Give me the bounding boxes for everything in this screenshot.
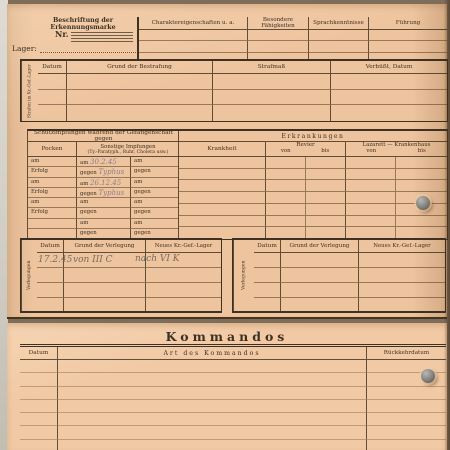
table-cell: [58, 400, 367, 413]
table-cell: [359, 298, 445, 311]
impf-cell: gegen: [77, 208, 131, 218]
table-cell: [331, 74, 447, 90]
erkrankungen-table: Erkrankungen Krankheit Revier vonbis Laz…: [178, 129, 448, 240]
table-cell: [367, 360, 446, 373]
table-cell: [67, 105, 213, 121]
table-cell: [20, 426, 58, 439]
table-cell: [369, 41, 447, 53]
verl-col-neu: Neues Kr.-Gef.-Lager: [146, 240, 221, 253]
strafen-col-grund: Grund der Bestrafung: [67, 61, 213, 74]
erkr-col-krankheit: Krankheit: [179, 142, 266, 157]
table-cell: [266, 169, 306, 181]
table-cell: [367, 413, 446, 426]
pocken-row-label: Erfolg: [28, 208, 77, 218]
table-cell: [331, 90, 447, 106]
von-label: von: [266, 148, 306, 154]
table-cell: [20, 413, 58, 426]
table-cell: [179, 192, 266, 204]
impfungen-col-pocken: Pocken: [28, 142, 77, 157]
komm-col-datum: Datum: [20, 347, 58, 360]
table-cell: [281, 298, 359, 311]
table-cell: [359, 283, 445, 298]
table-cell: [20, 440, 58, 450]
traits-col-header: Führung: [369, 17, 447, 30]
strafen-col-verbuesst: Verbüßt, Datum: [331, 61, 447, 74]
impf-cell: am 30.2.45: [77, 157, 131, 167]
verl-col-datum: Datum: [254, 240, 281, 253]
impf-cell: am: [77, 198, 131, 208]
table-cell: [254, 253, 281, 268]
bis-label: bis: [397, 148, 448, 154]
table-cell: [248, 30, 309, 41]
impfungen-title: Schutzimpfungen während der Gefangenscha…: [28, 131, 179, 142]
table-cell: [306, 204, 346, 216]
sonstige-sublabel: (Ty.-Paratyph., Ruhr, Cholera usw.): [88, 150, 169, 155]
impf-cell: am: [131, 157, 179, 167]
kommandos-table: Datum Art des Kommandos Rückkehrdatum: [20, 344, 446, 450]
table-cell: [146, 268, 221, 283]
table-cell: [309, 41, 369, 53]
table-cell: [306, 216, 346, 228]
table-cell: [359, 253, 445, 268]
card-front-sheet: Beschriftung der Erkennungsmarke Nr. Lag…: [7, 4, 447, 319]
pocken-row-label: [28, 219, 77, 229]
table-cell: [179, 204, 266, 216]
table-cell: [281, 268, 359, 283]
table-cell: [38, 74, 67, 90]
impf-cell: am 26.12.45: [77, 178, 131, 188]
table-cell: [58, 373, 367, 386]
strafen-side-label: Strafen im Kr.-Gef.-Lager: [21, 61, 38, 121]
table-cell: [64, 268, 146, 283]
nr-fill-lines: [71, 32, 133, 43]
table-cell: [346, 192, 396, 204]
table-cell: [266, 180, 306, 192]
impf-cell: am: [131, 178, 179, 188]
verl-col-datum: Datum: [37, 240, 64, 253]
handwritten-word: Typhus: [98, 189, 124, 197]
strafen-col-strafmass: Strafmaß: [213, 61, 331, 74]
handwritten-transfer-to: nach VI K: [135, 254, 180, 264]
table-cell: [367, 400, 446, 413]
table-cell: [367, 426, 446, 439]
table-cell: [266, 216, 306, 228]
table-cell: [139, 41, 248, 53]
printed-label: gegen: [80, 191, 97, 197]
table-cell: [38, 105, 67, 121]
verlegungen-table-right: Verlegungen Datum Grund der Verlegung Ne…: [232, 238, 446, 313]
von-label: von: [346, 148, 397, 154]
table-cell: [67, 90, 213, 106]
table-cell: [369, 30, 447, 41]
erkr-col-lazarett: Lazarett — Krankenhaus vonbis: [346, 142, 447, 157]
table-cell: [346, 216, 396, 228]
traits-table: Charaktereigenschaften u. a. Besondere F…: [137, 17, 447, 60]
table-cell: [254, 268, 281, 283]
table-cell: [306, 180, 346, 192]
handwritten-date: 30.2.45: [90, 158, 117, 166]
table-cell: [306, 157, 346, 169]
table-cell: [37, 298, 64, 311]
handwritten-transfer-date: 17.2.45: [38, 255, 72, 265]
traits-col-header: Sprachkenntnisse: [309, 17, 369, 30]
table-cell: [20, 400, 58, 413]
table-cell: [58, 413, 367, 426]
background-right-shadow: [444, 0, 450, 450]
komm-col-rueckkehr: Rückkehrdatum: [367, 347, 446, 360]
pocken-row-label: Erfolg: [28, 188, 77, 198]
impf-cell: am: [77, 219, 131, 229]
printed-label: gegen: [80, 170, 97, 176]
table-cell: [346, 204, 396, 216]
pocken-row-label: am: [28, 198, 77, 208]
printed-label: am: [80, 160, 88, 166]
impf-cell: gegen Typhus: [77, 167, 131, 177]
table-cell: [37, 283, 64, 298]
table-cell: [396, 169, 447, 181]
table-cell: [179, 157, 266, 169]
komm-col-art: Art des Kommandos: [58, 347, 367, 360]
table-cell: [346, 180, 396, 192]
handwritten-transfer-from: von III C: [73, 255, 113, 265]
erkr-col-revier: Revier vonbis: [266, 142, 346, 157]
verl-col-grund: Grund der Verlegung: [64, 240, 146, 253]
table-cell: [146, 283, 221, 298]
handwritten-date: 26.12.45: [90, 179, 121, 187]
lager-dotted-line: [40, 44, 138, 53]
table-cell: [281, 253, 359, 268]
impf-cell: gegen: [131, 188, 179, 198]
table-cell: [309, 30, 369, 41]
printed-label: am: [80, 181, 88, 187]
table-cell: [179, 169, 266, 181]
kommandos-sheet: Kommandos Datum Art des Kommandos Rückke…: [7, 323, 447, 450]
table-cell: [266, 157, 306, 169]
table-cell: [248, 41, 309, 53]
lager-label: Lager:: [12, 44, 37, 53]
verlegungen-table-left: Verlegungen Datum Grund der Verlegung Ne…: [20, 238, 222, 313]
table-cell: [254, 298, 281, 311]
table-cell: [346, 157, 396, 169]
table-cell: [64, 298, 146, 311]
table-cell: [139, 30, 248, 41]
table-cell: [306, 169, 346, 181]
table-cell: [67, 74, 213, 90]
table-cell: [179, 216, 266, 228]
table-cell: [306, 192, 346, 204]
handwritten-word: Typhus: [98, 168, 124, 176]
bis-label: bis: [306, 148, 346, 154]
scanned-pow-card: Beschriftung der Erkennungsmarke Nr. Lag…: [0, 0, 450, 450]
table-cell: [281, 283, 359, 298]
verl-col-neu: Neues Kr.-Gef.-Lager: [359, 240, 445, 253]
impfungen-table: Schutzimpfungen während der Gefangenscha…: [27, 129, 179, 240]
table-cell: [58, 387, 367, 400]
table-cell: [367, 387, 446, 400]
lager-field: Lager:: [12, 44, 138, 53]
table-cell: [213, 74, 331, 90]
erkennungsmarke-title: Beschriftung der Erkennungsmarke: [25, 17, 141, 31]
impf-cell: gegen Typhus: [77, 188, 131, 198]
table-cell: [58, 426, 367, 439]
impfungen-col-sonstige: Sonstige Impfungen (Ty.-Paratyph., Ruhr,…: [77, 142, 179, 157]
erkrankungen-title: Erkrankungen: [179, 131, 447, 142]
table-cell: [146, 298, 221, 311]
pocken-row-label: am: [28, 157, 77, 167]
table-cell: [58, 440, 367, 450]
strafen-col-datum: Datum: [38, 61, 67, 74]
table-cell: [331, 105, 447, 121]
table-cell: [396, 157, 447, 169]
table-cell: [396, 216, 447, 228]
table-cell: [346, 169, 396, 181]
traits-col-header: Besondere Fähigkeiten: [248, 17, 309, 30]
table-cell: [367, 440, 446, 450]
table-cell: [266, 192, 306, 204]
verl-col-grund: Grund der Verlegung: [281, 240, 359, 253]
table-cell: [20, 373, 58, 386]
impf-cell: am: [131, 219, 179, 229]
table-cell: [359, 268, 445, 283]
paper-rivet: [421, 369, 435, 383]
table-cell: [58, 360, 367, 373]
table-cell: [20, 360, 58, 373]
traits-col-header: Charaktereigenschaften u. a.: [139, 17, 248, 30]
table-cell: [38, 90, 67, 106]
pocken-row-label: Erfolg: [28, 167, 77, 177]
verlegungen-side-label: Verlegungen: [233, 240, 254, 311]
strafen-table: Strafen im Kr.-Gef.-Lager Datum Grund de…: [20, 59, 448, 122]
table-cell: [179, 180, 266, 192]
table-cell: [266, 204, 306, 216]
table-cell: [213, 90, 331, 106]
table-cell: [64, 283, 146, 298]
kommandos-title: Kommandos: [7, 329, 447, 344]
table-cell: [20, 387, 58, 400]
paper-rivet: [416, 196, 430, 210]
verlegungen-side-label: Verlegungen: [21, 240, 37, 311]
nr-label: Nr.: [55, 29, 69, 39]
table-cell: [213, 105, 331, 121]
impf-cell: gegen: [131, 167, 179, 177]
impf-cell: gegen: [131, 208, 179, 218]
table-cell: [254, 283, 281, 298]
impf-cell: am: [131, 198, 179, 208]
table-cell: [396, 180, 447, 192]
table-cell: [37, 268, 64, 283]
pocken-row-label: am: [28, 178, 77, 188]
